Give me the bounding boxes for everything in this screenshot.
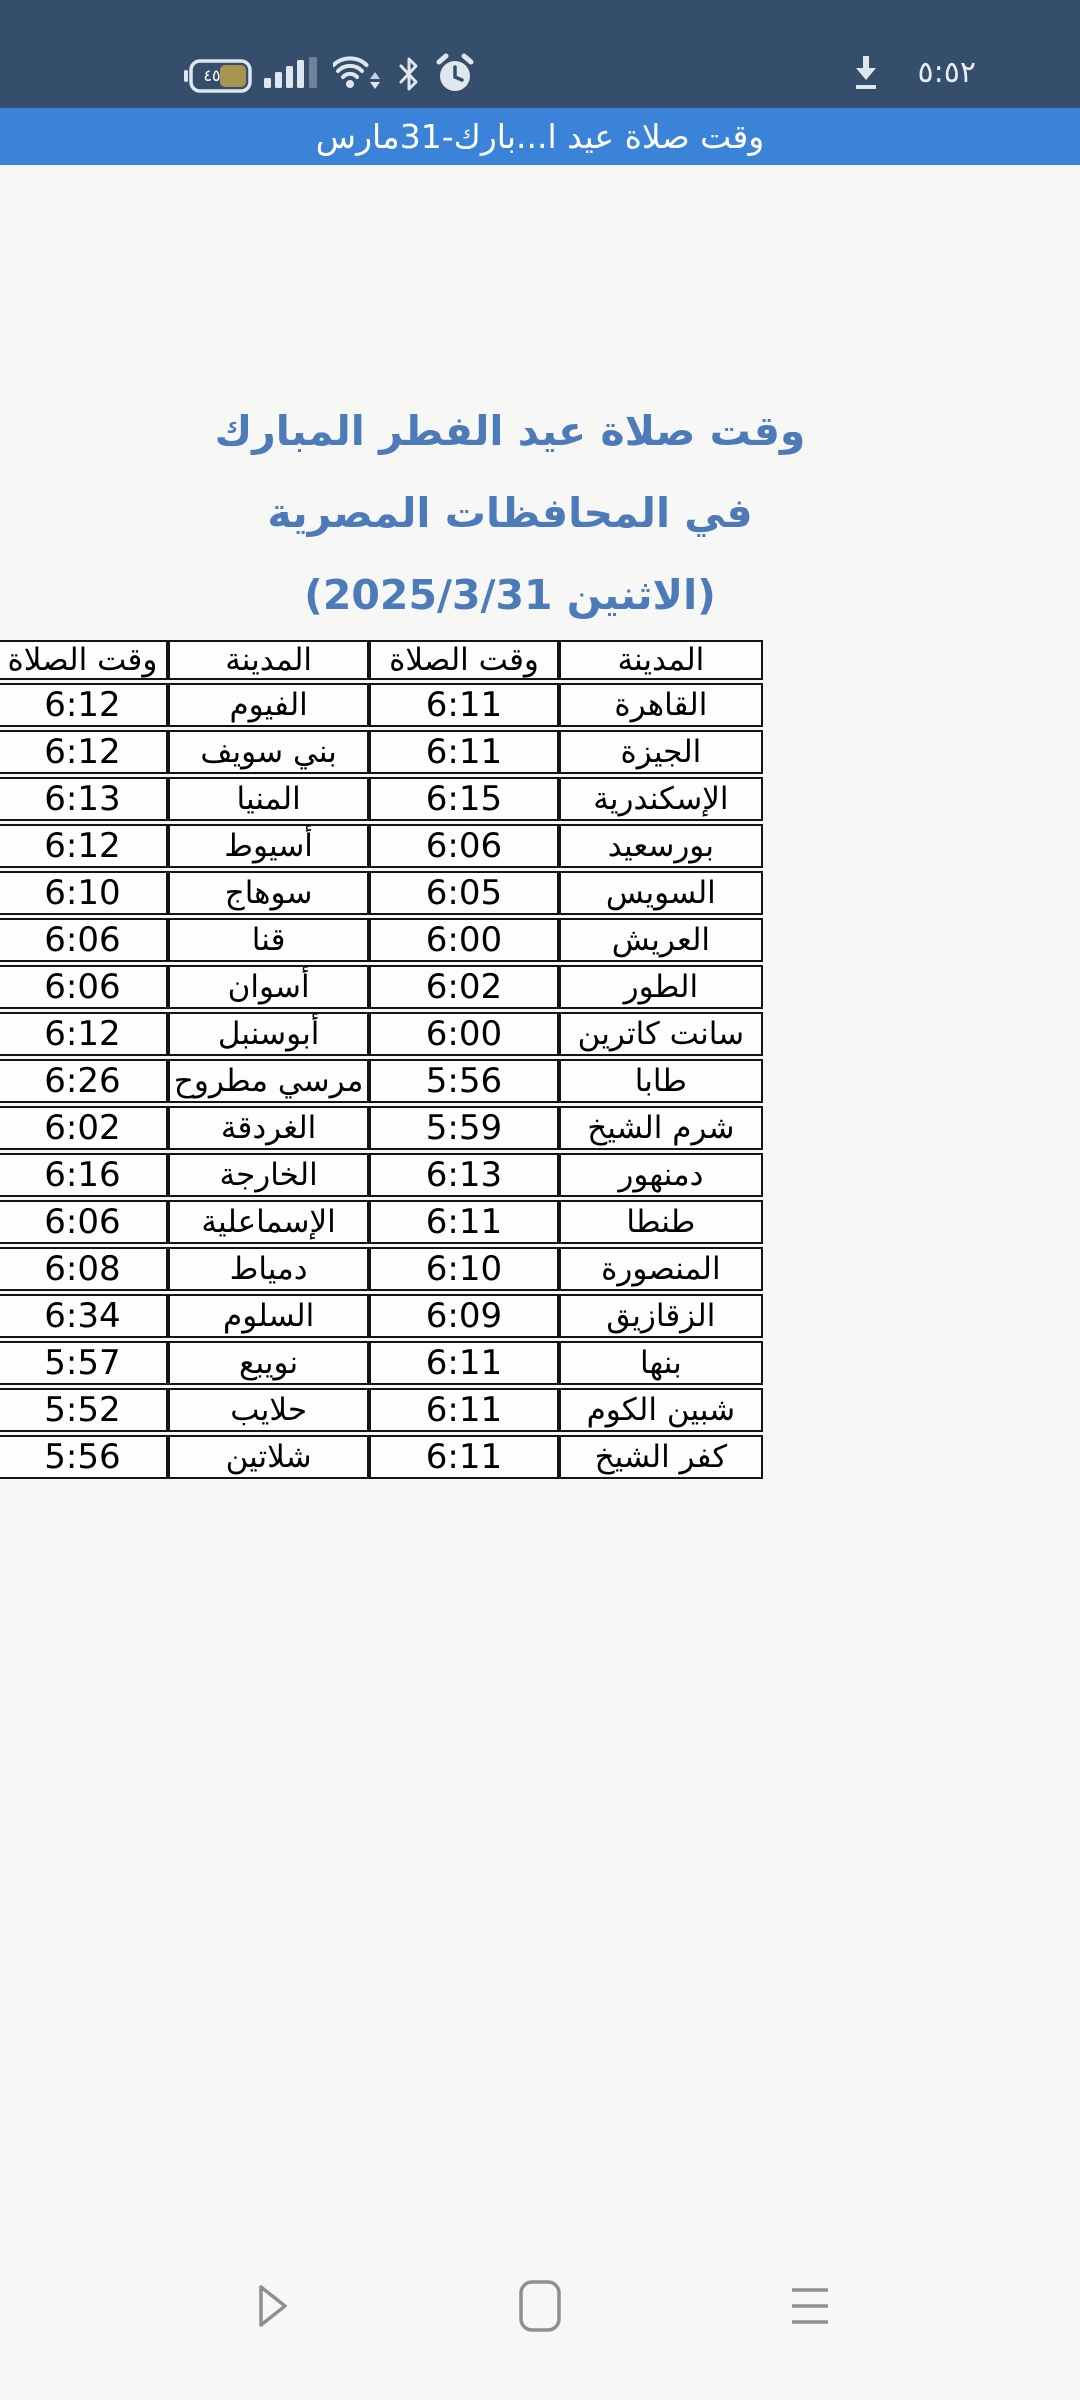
city-cell: شلاتين: [168, 1435, 369, 1479]
city-cell: طنطا: [559, 1200, 764, 1244]
wifi-icon: [333, 55, 385, 97]
title-line-2: في المحافظات المصرية: [0, 490, 1020, 536]
city-cell: الإسكندرية: [559, 777, 764, 821]
time-cell: 6:11: [369, 1341, 558, 1385]
time-cell: 6:12: [0, 1012, 168, 1056]
time-cell: 6:00: [369, 1012, 558, 1056]
time-cell: 5:56: [369, 1059, 558, 1103]
city-cell: نويبع: [168, 1341, 369, 1385]
table-row: شرم الشيخ 5:59 الغردقة 6:02: [0, 1106, 763, 1150]
title-line-3: (الاثنين 2025/3/31): [0, 572, 1020, 618]
table-row: السويس 6:05 سوهاج 6:10: [0, 871, 763, 915]
table-row: الزقازيق 6:09 السلوم 6:34: [0, 1294, 763, 1338]
city-cell: أبوسنبل: [168, 1012, 369, 1056]
time-cell: 6:06: [369, 824, 558, 868]
time-cell: 6:26: [0, 1059, 168, 1103]
screen: ٤٥: [0, 0, 1080, 2400]
time-cell: 6:13: [369, 1153, 558, 1197]
table-row: سانت كاترين 6:00 أبوسنبل 6:12: [0, 1012, 763, 1056]
time-cell: 6:11: [369, 1435, 558, 1479]
battery-level: ٤٥: [197, 67, 227, 85]
city-cell: شبين الكوم: [559, 1388, 764, 1432]
time-cell: 6:08: [0, 1247, 168, 1291]
back-triangle-icon: [250, 2280, 294, 2336]
time-cell: 6:12: [0, 824, 168, 868]
table-row: طنطا 6:11 الإسماعلية 6:06: [0, 1200, 763, 1244]
time-cell: 6:06: [0, 1200, 168, 1244]
city-cell: السويس: [559, 871, 764, 915]
city-cell: أسيوط: [168, 824, 369, 868]
table-row: كفر الشيخ 6:11 شلاتين 5:56: [0, 1435, 763, 1479]
city-cell: الإسماعلية: [168, 1200, 369, 1244]
download-icon: [850, 54, 882, 98]
city-cell: قنا: [168, 918, 369, 962]
table-row: المنصورة 6:10 دمياط 6:08: [0, 1247, 763, 1291]
city-cell: العريش: [559, 918, 764, 962]
table-row: دمنهور 6:13 الخارجة 6:16: [0, 1153, 763, 1197]
table-row: القاهرة 6:11 الفيوم 6:12: [0, 683, 763, 727]
status-bar: ٤٥: [0, 0, 1080, 108]
city-cell: حلايب: [168, 1388, 369, 1432]
time-cell: 6:06: [0, 918, 168, 962]
column-header-city: المدينة: [168, 640, 369, 680]
time-cell: 6:00: [369, 918, 558, 962]
city-cell: السلوم: [168, 1294, 369, 1338]
city-cell: بني سويف: [168, 730, 369, 774]
column-header-time: وقت الصلاة: [369, 640, 558, 680]
title-line-1: وقت صلاة عيد الفطر المبارك: [0, 408, 1020, 454]
city-cell: الزقازيق: [559, 1294, 764, 1338]
battery-icon: ٤٥: [183, 58, 253, 94]
prayer-times-table: المدينة وقت الصلاة المدينة وقت الصلاة ال…: [0, 637, 763, 1482]
bluetooth-icon: [396, 55, 422, 97]
time-cell: 6:05: [369, 871, 558, 915]
status-icons-group: ٤٥: [183, 50, 477, 102]
table-row: طابا 5:56 مرسي مطروح 6:26: [0, 1059, 763, 1103]
recents-lines-icon: [788, 2280, 832, 2336]
table-row: شبين الكوم 6:11 حلايب 5:52: [0, 1388, 763, 1432]
city-cell: بنها: [559, 1341, 764, 1385]
table-row: العريش 6:00 قنا 6:06: [0, 918, 763, 962]
city-cell: دمياط: [168, 1247, 369, 1291]
city-cell: الفيوم: [168, 683, 369, 727]
back-button[interactable]: [242, 2278, 302, 2338]
time-cell: 5:59: [369, 1106, 558, 1150]
table-row: الإسكندرية 6:15 المنيا 6:13: [0, 777, 763, 821]
time-cell: 6:15: [369, 777, 558, 821]
table-row: بورسعيد 6:06 أسيوط 6:12: [0, 824, 763, 868]
column-header-time: وقت الصلاة: [0, 640, 168, 680]
time-cell: 5:56: [0, 1435, 168, 1479]
recents-button[interactable]: [780, 2278, 840, 2338]
page-title: وقت صلاة عيد الفطر المبارك في المحافظات …: [0, 408, 1020, 654]
time-cell: 6:12: [0, 683, 168, 727]
city-cell: سوهاج: [168, 871, 369, 915]
time-cell: 6:11: [369, 730, 558, 774]
city-cell: المنصورة: [559, 1247, 764, 1291]
city-cell: دمنهور: [559, 1153, 764, 1197]
city-cell: كفر الشيخ: [559, 1435, 764, 1479]
time-cell: 6:11: [369, 683, 558, 727]
table-row: الطور 6:02 أسوان 6:06: [0, 965, 763, 1009]
city-cell: القاهرة: [559, 683, 764, 727]
city-cell: الخارجة: [168, 1153, 369, 1197]
time-cell: 6:13: [0, 777, 168, 821]
city-cell: أسوان: [168, 965, 369, 1009]
table-row: الجيزة 6:11 بني سويف 6:12: [0, 730, 763, 774]
alarm-icon: [433, 53, 477, 99]
city-cell: بورسعيد: [559, 824, 764, 868]
city-cell: مرسي مطروح: [168, 1059, 369, 1103]
time-cell: 6:09: [369, 1294, 558, 1338]
table-header-row: المدينة وقت الصلاة المدينة وقت الصلاة: [0, 640, 763, 680]
home-square-icon: [517, 2279, 563, 2337]
table-row: بنها 6:11 نويبع 5:57: [0, 1341, 763, 1385]
notification-text: وقت صلاة عيد ا...بارك-31مارس: [316, 117, 764, 156]
time-cell: 5:57: [0, 1341, 168, 1385]
city-cell: سانت كاترين: [559, 1012, 764, 1056]
time-cell: 6:10: [369, 1247, 558, 1291]
notification-bar[interactable]: وقت صلاة عيد ا...بارك-31مارس: [0, 108, 1080, 165]
time-cell: 6:02: [369, 965, 558, 1009]
city-cell: الطور: [559, 965, 764, 1009]
time-cell: 6:34: [0, 1294, 168, 1338]
city-cell: المنيا: [168, 777, 369, 821]
time-cell: 5:52: [0, 1388, 168, 1432]
home-button[interactable]: [510, 2278, 570, 2338]
city-cell: طابا: [559, 1059, 764, 1103]
time-cell: 6:06: [0, 965, 168, 1009]
time-cell: 6:12: [0, 730, 168, 774]
time-cell: 6:11: [369, 1200, 558, 1244]
time-cell: 6:02: [0, 1106, 168, 1150]
column-header-city: المدينة: [559, 640, 764, 680]
nav-bar: [0, 2260, 1080, 2400]
city-cell: شرم الشيخ: [559, 1106, 764, 1150]
signal-strength-icon: [264, 56, 322, 96]
time-cell: 6:10: [0, 871, 168, 915]
clock-time: ٥:٥٢: [918, 56, 976, 90]
city-cell: الجيزة: [559, 730, 764, 774]
time-cell: 6:16: [0, 1153, 168, 1197]
city-cell: الغردقة: [168, 1106, 369, 1150]
time-cell: 6:11: [369, 1388, 558, 1432]
